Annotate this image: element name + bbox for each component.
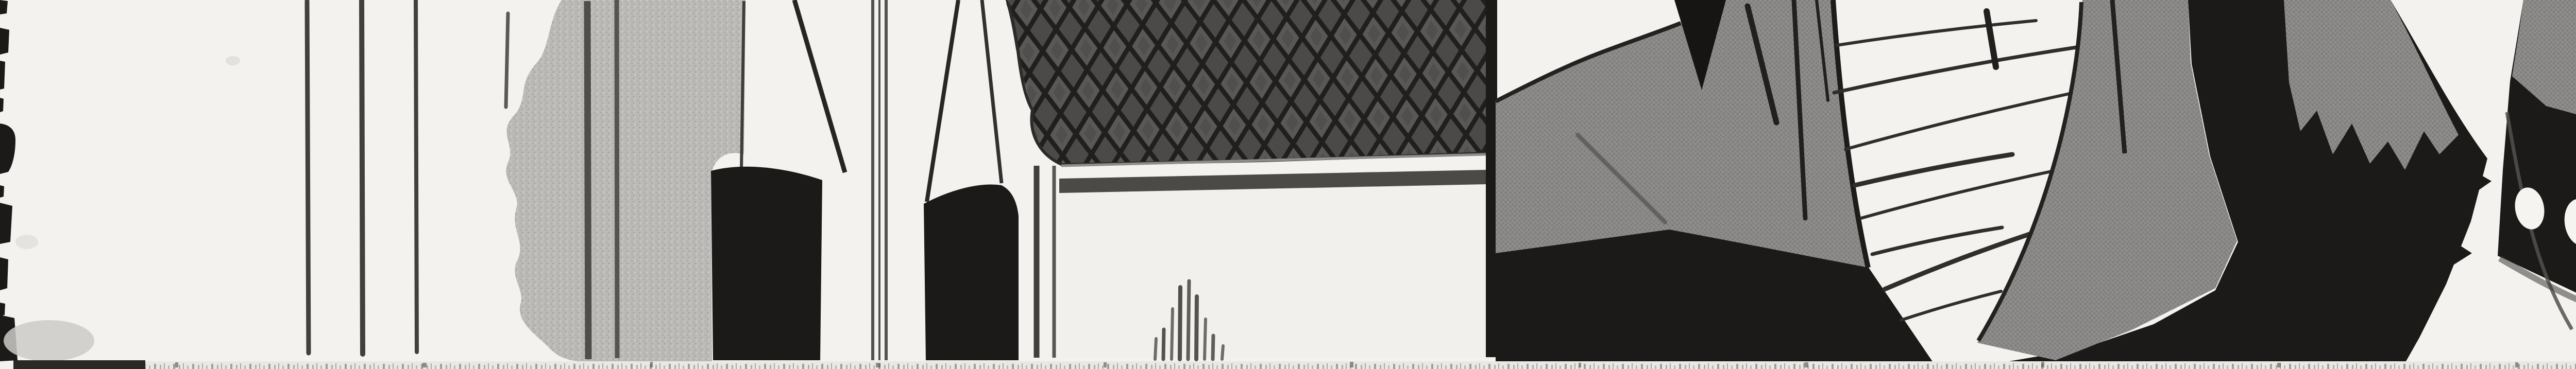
net-fence xyxy=(1006,0,1486,165)
noise-strip-dark-bar xyxy=(13,360,145,369)
scan-fleck xyxy=(226,56,240,65)
wall-line-3 xyxy=(416,0,417,352)
manga-strip xyxy=(0,0,2576,369)
blob-line-2 xyxy=(617,0,617,358)
right-knee-sock xyxy=(924,185,1019,361)
wall-line-2 xyxy=(362,0,363,354)
panel-divider xyxy=(1486,0,1497,357)
left-knee-sock xyxy=(711,167,822,360)
box-face xyxy=(1059,171,1486,358)
scan-smudge xyxy=(4,320,94,361)
wall-line-short xyxy=(506,13,508,107)
storage-box xyxy=(1037,154,1486,359)
blob-line-1 xyxy=(587,1,588,359)
net-fence-mesh xyxy=(1006,0,1486,165)
noise-strip-texture xyxy=(28,361,2576,369)
print-noise-strip xyxy=(13,360,2576,369)
wall-line-1 xyxy=(307,1,309,353)
scan-smudge-small xyxy=(15,235,38,249)
